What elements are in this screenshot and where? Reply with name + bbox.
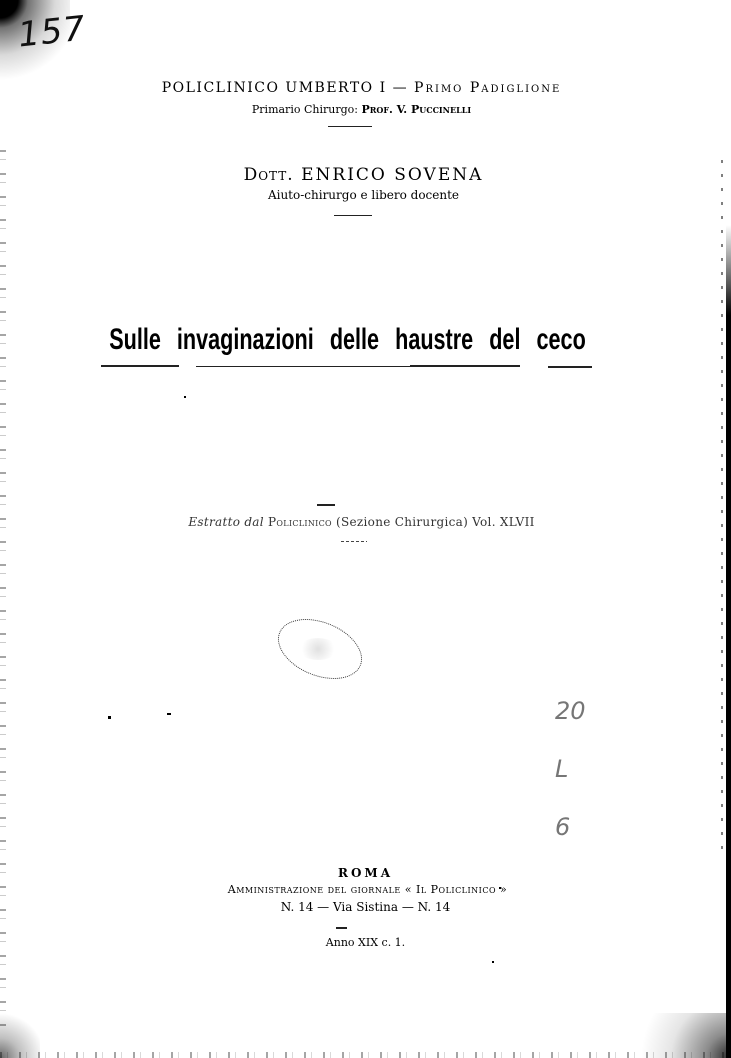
library-stamp-shading	[298, 638, 338, 660]
scan-noise-bottom-left	[0, 998, 40, 1058]
institution-main: POLICLINICO UMBERTO I —	[162, 80, 408, 96]
scan-edge-right	[726, 225, 731, 1058]
divider-rule	[336, 927, 347, 929]
offprint-note: Estratto dal Policlinico (Sezione Chirur…	[0, 515, 727, 529]
title-underline	[410, 365, 520, 367]
document-title: Sulle invaginazioni delle haustre del ce…	[84, 323, 610, 357]
imprint-year: Anno XIX c. 1.	[0, 936, 731, 949]
handwritten-catalog-number: 157	[16, 9, 88, 56]
primario-label: Primario Chirurgo:	[252, 103, 358, 116]
imprint-city: ROMA	[0, 866, 731, 880]
divider-rule	[341, 541, 367, 542]
scanned-title-page: 157 POLICLINICO UMBERTO I — Primo Padigl…	[0, 0, 731, 1058]
scan-speck	[184, 396, 186, 398]
divider-rule	[317, 504, 335, 506]
institution-heading: POLICLINICO UMBERTO I — Primo Padiglione	[0, 80, 727, 96]
journal-details: (Sezione Chirurgica) Vol. XLVII	[336, 515, 535, 529]
offprint-label: Estratto dal	[188, 515, 264, 529]
imprint-address: N. 14 — Via Sistina — N. 14	[0, 900, 731, 914]
imprint-publisher: Amministrazione del giornale « Il Policl…	[2, 883, 731, 896]
primario-name: Prof. V. Puccinelli	[361, 103, 471, 116]
scan-speck	[108, 716, 111, 719]
author-prefix: Dott.	[244, 165, 294, 185]
title-underline	[548, 366, 592, 368]
divider-rule	[328, 126, 372, 127]
author-line: Dott. ENRICO SOVENA	[0, 165, 729, 185]
handwritten-note: 6	[555, 798, 615, 856]
scan-speck	[167, 713, 171, 715]
institution-section: Primo Padiglione	[414, 80, 561, 96]
handwritten-note: L	[555, 740, 615, 798]
scan-noise-bottom-right	[621, 1013, 731, 1058]
scan-speck	[492, 961, 494, 963]
handwritten-note: 20	[555, 682, 615, 740]
scan-noise-right	[721, 160, 723, 860]
handwritten-notes: 20 L 6	[555, 682, 615, 856]
author-name: ENRICO SOVENA	[301, 165, 483, 185]
title-underline	[101, 365, 179, 367]
primario-line: Primario Chirurgo: Prof. V. Puccinelli	[0, 103, 727, 116]
author-role: Aiuto-chirurgo e libero docente	[0, 188, 729, 202]
divider-rule	[334, 215, 372, 216]
scan-noise-left-edge	[0, 150, 6, 1030]
journal-name: Policlinico	[268, 515, 332, 529]
publisher-text: Amministrazione del giornale « Il Policl…	[228, 883, 507, 896]
